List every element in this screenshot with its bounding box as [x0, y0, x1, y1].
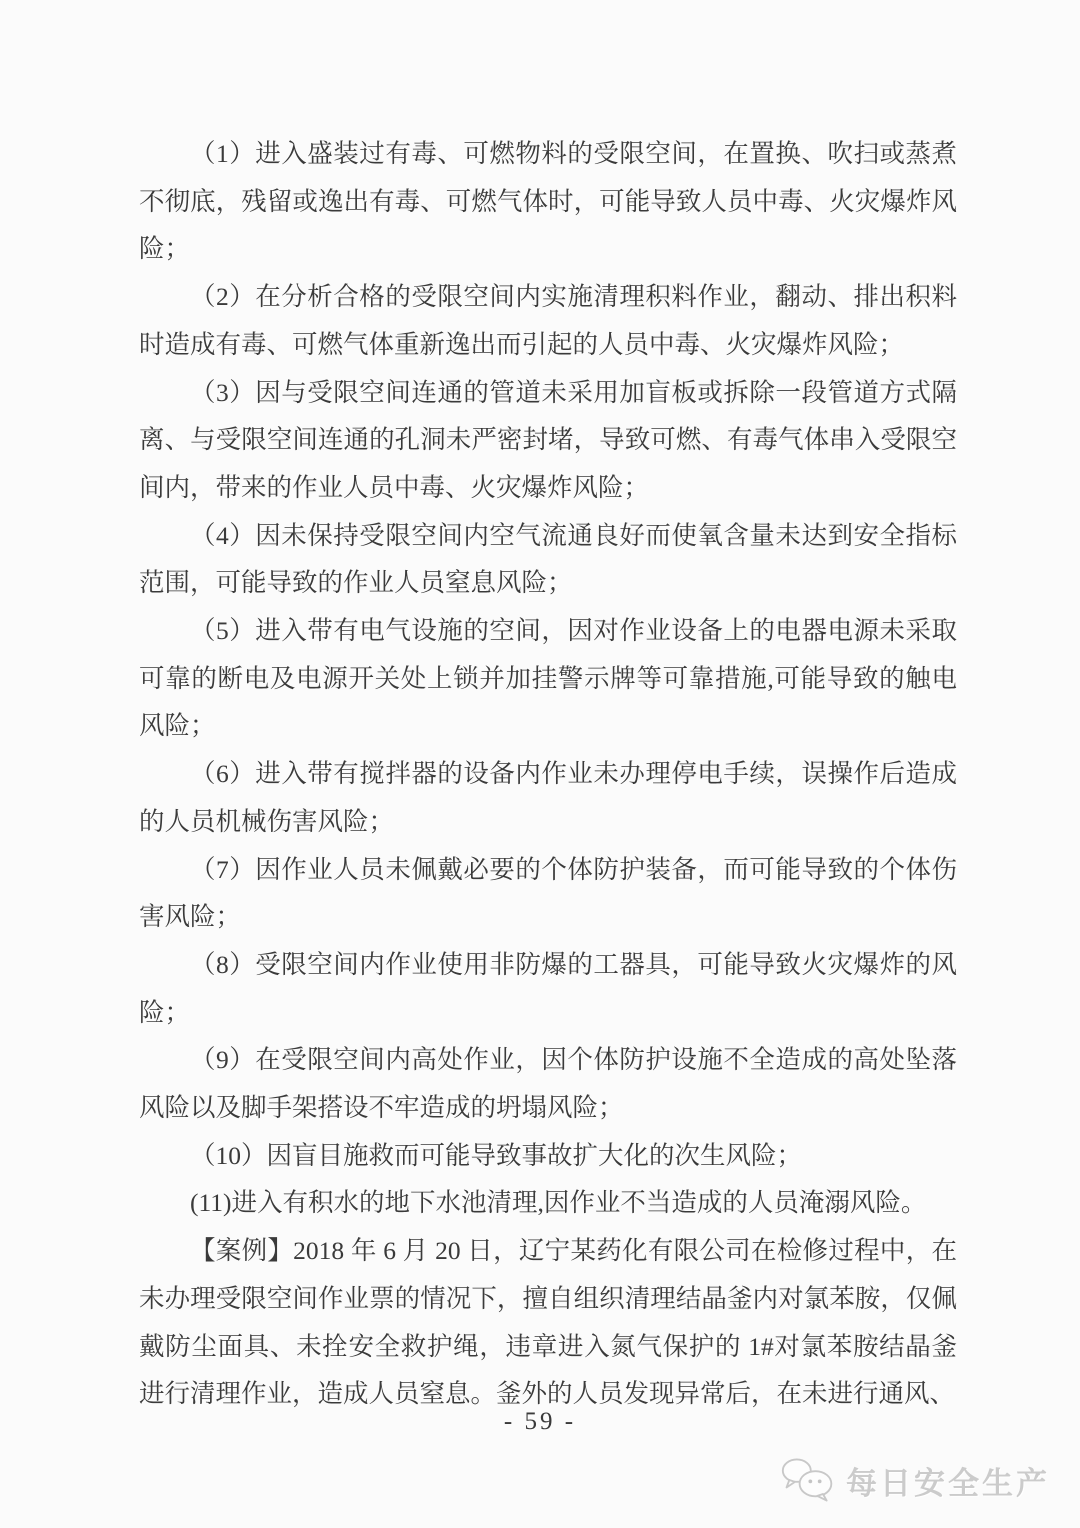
document-content: （1）进入盛装过有毒、可燃物料的受限空间，在置换、吹扫或蒸煮不彻底，残留或逸出有…	[139, 130, 957, 1418]
watermark: 每日安全生产	[780, 1456, 1050, 1504]
page-number: - 59 -	[0, 1408, 1080, 1436]
paragraph: （4）因未保持受限空间内空气流通良好而使氧含量未达到安全指标范围，可能导致的作业…	[139, 512, 957, 607]
paragraph: （1）进入盛装过有毒、可燃物料的受限空间，在置换、吹扫或蒸煮不彻底，残留或逸出有…	[139, 130, 957, 273]
paragraph: （7）因作业人员未佩戴必要的个体防护装备，而可能导致的个体伤害风险；	[139, 846, 957, 941]
paragraph: （6）进入带有搅拌器的设备内作业未办理停电手续，误操作后造成的人员机械伤害风险；	[139, 750, 957, 845]
paragraph: （3）因与受限空间连通的管道未采用加盲板或拆除一段管道方式隔离、与受限空间连通的…	[139, 369, 957, 512]
paragraph: （8）受限空间内作业使用非防爆的工器具，可能导致火灾爆炸的风险；	[139, 941, 957, 1036]
paragraph: （2）在分析合格的受限空间内实施清理积料作业，翻动、排出积料时造成有毒、可燃气体…	[139, 273, 957, 368]
paragraph: （9）在受限空间内高处作业，因个体防护设施不全造成的高处坠落风险以及脚手架搭设不…	[139, 1036, 957, 1131]
wechat-icon	[780, 1456, 836, 1504]
paragraph: （5）进入带有电气设施的空间，因对作业设备上的电器电源未采取可靠的断电及电源开关…	[139, 607, 957, 750]
document-page: （1）进入盛装过有毒、可燃物料的受限空间，在置换、吹扫或蒸煮不彻底，残留或逸出有…	[0, 0, 1080, 1528]
paragraph: (11)进入有积水的地下水池清理,因作业不当造成的人员淹溺风险。	[139, 1179, 957, 1227]
watermark-label: 每日安全生产	[846, 1458, 1050, 1503]
paragraph: 【案例】2018 年 6 月 20 日，辽宁某药化有限公司在检修过程中，在未办理…	[139, 1227, 957, 1418]
paragraph: （10）因盲目施救而可能导致事故扩大化的次生风险；	[139, 1132, 957, 1180]
